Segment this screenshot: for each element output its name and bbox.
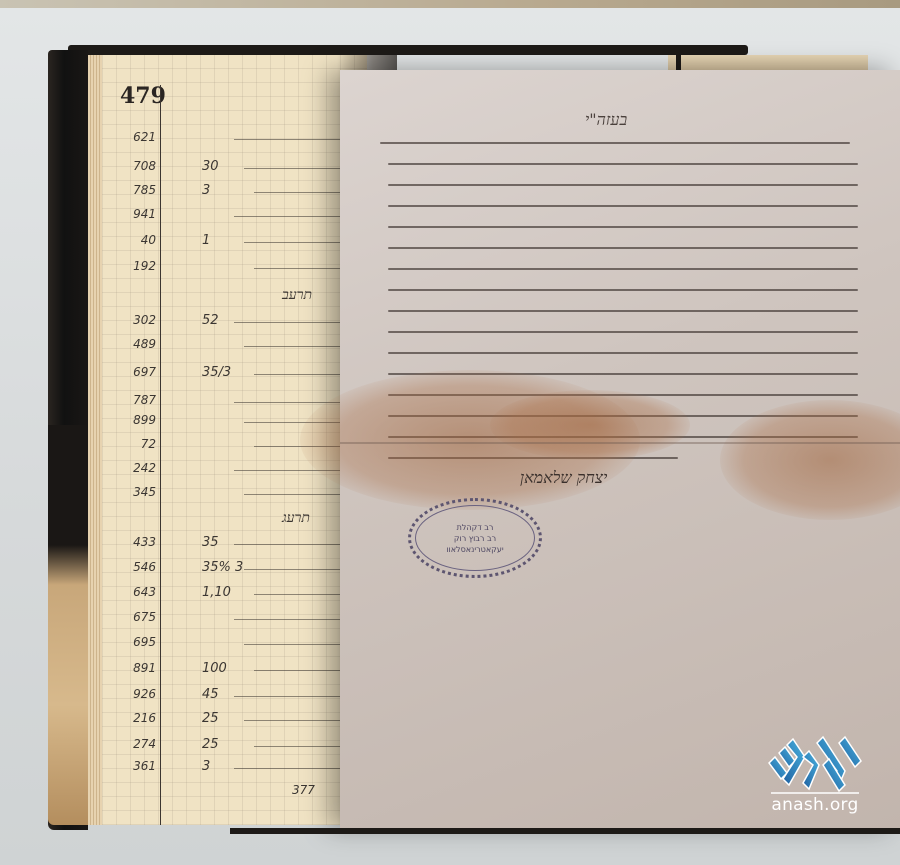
water-stain	[490, 390, 690, 460]
year-heading: תרעב	[282, 287, 312, 304]
ledger-row: 7853	[114, 183, 364, 203]
ledger-row: 192	[114, 259, 364, 279]
ledger-row: 92645	[114, 687, 364, 707]
ledger-amount: 3	[202, 183, 210, 198]
ledger-row: 891100	[114, 661, 364, 681]
ledger-entry-number: 785	[114, 183, 156, 197]
ledger-entry-number: 242	[114, 461, 156, 475]
ledger-entry-number: 941	[114, 207, 156, 221]
handwritten-line	[388, 289, 858, 291]
ledger-row: 6431,10	[114, 585, 364, 605]
ledger-entry-number: 708	[114, 159, 156, 173]
handwritten-entry	[234, 322, 356, 324]
ledger-row: 27425	[114, 737, 364, 757]
book-spine-worn	[48, 425, 88, 825]
book-cover-bottom	[230, 828, 900, 834]
ledger-amount: 25	[202, 711, 219, 726]
handwritten-letter: בעזה"י יצחק שלאמאן רב דקהלת רב רבוץ רוק …	[340, 70, 900, 828]
ledger-entry-number: 697	[114, 365, 156, 379]
ledger-amount: 1,10	[202, 585, 231, 600]
ledger-entry-number: 192	[114, 259, 156, 273]
background-strip	[0, 0, 900, 8]
ledger-entry-number: 787	[114, 393, 156, 407]
handwritten-line	[388, 352, 858, 354]
ledger-amount: 35/3	[202, 365, 231, 380]
ledger-amount: 100	[202, 661, 227, 676]
ledger-entry-number: 546	[114, 560, 156, 574]
handwritten-line	[388, 163, 858, 165]
handwritten-line	[388, 247, 858, 249]
ledger-entry-number: 695	[114, 635, 156, 649]
book-cover-top	[68, 45, 748, 55]
ledger-entry-number: 675	[114, 610, 156, 624]
ledger-row: 43335	[114, 535, 364, 555]
ledger-amount: 1	[202, 233, 210, 248]
handwritten-line	[388, 331, 858, 333]
ledger-entry-number: 72	[114, 437, 156, 451]
ledger-amount: 35% 3	[202, 560, 243, 575]
ledger-entry-number: 345	[114, 485, 156, 499]
handwritten-line	[388, 184, 858, 186]
ledger-row: 401	[114, 233, 364, 253]
ledger-entry-number: 433	[114, 535, 156, 549]
handwritten-entry	[234, 619, 356, 621]
ledger-entry-number: 40	[114, 233, 156, 247]
page-edges	[88, 55, 102, 825]
ledger-row: 675	[114, 610, 364, 630]
handwritten-entry	[234, 768, 356, 770]
watermark: anash.org	[760, 735, 870, 825]
ledger-row: 69735/3	[114, 365, 364, 385]
handwritten-entry	[234, 544, 356, 546]
ledger-row: 3613	[114, 759, 364, 779]
ledger-entry-number: 621	[114, 130, 156, 144]
ledger-row: 695	[114, 635, 364, 655]
ledger-entry-number: 899	[114, 413, 156, 427]
signature: יצחק שלאמאן	[520, 468, 607, 488]
ledger-entry-number: 361	[114, 759, 156, 773]
ledger-entry-number: 216	[114, 711, 156, 725]
rabbinical-stamp: רב דקהלת רב רבוץ רוק יעקאטרינאסלאוו	[408, 498, 542, 578]
ledger-entry-number: 891	[114, 661, 156, 675]
handwritten-entry	[234, 139, 356, 141]
paper-fold	[340, 442, 900, 444]
ledger-entry-number: 302	[114, 313, 156, 327]
year-heading: תרעג	[282, 510, 310, 527]
ledger-row: 489	[114, 337, 364, 357]
watermark-text: anash.org	[760, 795, 870, 815]
ledger-amount: 25	[202, 737, 219, 752]
ledger-row: 345	[114, 485, 364, 505]
ledger-entry-number: 274	[114, 737, 156, 751]
handwritten-entry	[234, 216, 356, 218]
ledger-row: 30252	[114, 313, 364, 333]
ledger-row: 70830	[114, 159, 364, 179]
handwritten-entry	[234, 696, 356, 698]
ledger-row: 54635% 3	[114, 560, 364, 580]
ledger-row: 21625	[114, 711, 364, 731]
ledger-row: 621	[114, 130, 364, 150]
ledger-entry-number: 489	[114, 337, 156, 351]
ledger-amount: 52	[202, 313, 219, 328]
ledger-entry-number: 926	[114, 687, 156, 701]
anash-logo-icon	[765, 735, 865, 795]
ledger-row: 941	[114, 207, 364, 227]
ledger-amount: 45	[202, 687, 219, 702]
handwritten-line	[388, 205, 858, 207]
ledger-amount: 35	[202, 535, 219, 550]
handwritten-line	[388, 310, 858, 312]
stamp-border	[415, 505, 535, 571]
ledger-amount: 30	[202, 159, 219, 174]
handwritten-line	[388, 226, 858, 228]
letter-heading: בעזה"י	[585, 110, 627, 130]
water-stain	[720, 400, 900, 520]
handwritten-line	[380, 142, 850, 144]
ledger-amount: 3	[202, 759, 210, 774]
ledger-entry-number: 643	[114, 585, 156, 599]
handwritten-line	[388, 268, 858, 270]
